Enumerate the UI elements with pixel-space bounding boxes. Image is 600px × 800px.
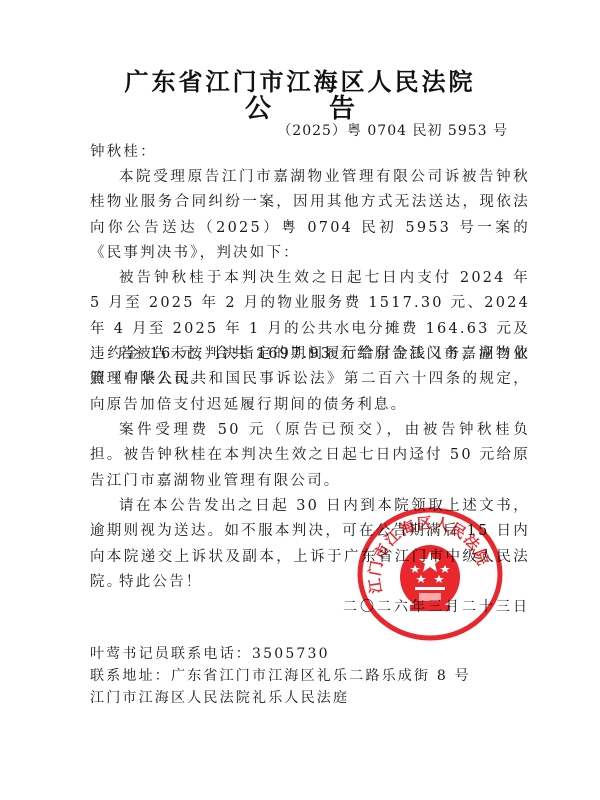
- clerk-contact-line: 叶莺书记员联系电话：3505730: [90, 643, 330, 665]
- case-number: （2025）粤 0704 民初 5953 号: [277, 120, 508, 140]
- paragraph-text: 本院受理原告江门市嘉湖物业管理有限公司诉被告钟秋桂物业服务合同纠纷一案，因用其他…: [90, 165, 530, 266]
- tribunal-name-line: 江门市江海区人民法院礼乐人民法庭: [90, 687, 349, 709]
- paragraph-case-fee: 案件受理费 50 元（原告已预交），由被告钟秋桂负担。被告钟秋桂在本判决生效之日…: [90, 418, 530, 494]
- paragraph-intro: 本院受理原告江门市嘉湖物业管理有限公司诉被告钟秋桂物业服务合同纠纷一案，因用其他…: [90, 165, 530, 266]
- contact-address-line: 联系地址：广东省江门市江海区礼乐二路乐成街 8 号: [90, 665, 471, 687]
- court-notice-page: 广东省江门市江海区人民法院 公告 （2025）粤 0704 民初 5953 号 …: [0, 0, 600, 800]
- notice-date: 二〇二六年三月二十三日: [343, 596, 530, 616]
- paragraph-text: 特此公告！: [90, 570, 530, 595]
- paragraph-text: 案件受理费 50 元（原告已预交），由被告钟秋桂负担。被告钟秋桂在本判决生效之日…: [90, 418, 530, 494]
- addressee: 钟秋桂：: [90, 140, 530, 165]
- paragraph-late-interest: 若被告未按判决指定的期间履行给付金钱义务，应当依照《中华人民共和国民事诉讼法》第…: [90, 342, 530, 418]
- paragraph-text: 若被告未按判决指定的期间履行给付金钱义务，应当依照《中华人民共和国民事诉讼法》第…: [90, 342, 530, 418]
- paragraph-closing: 特此公告！: [90, 570, 530, 595]
- notice-heading-left: 公: [245, 94, 271, 124]
